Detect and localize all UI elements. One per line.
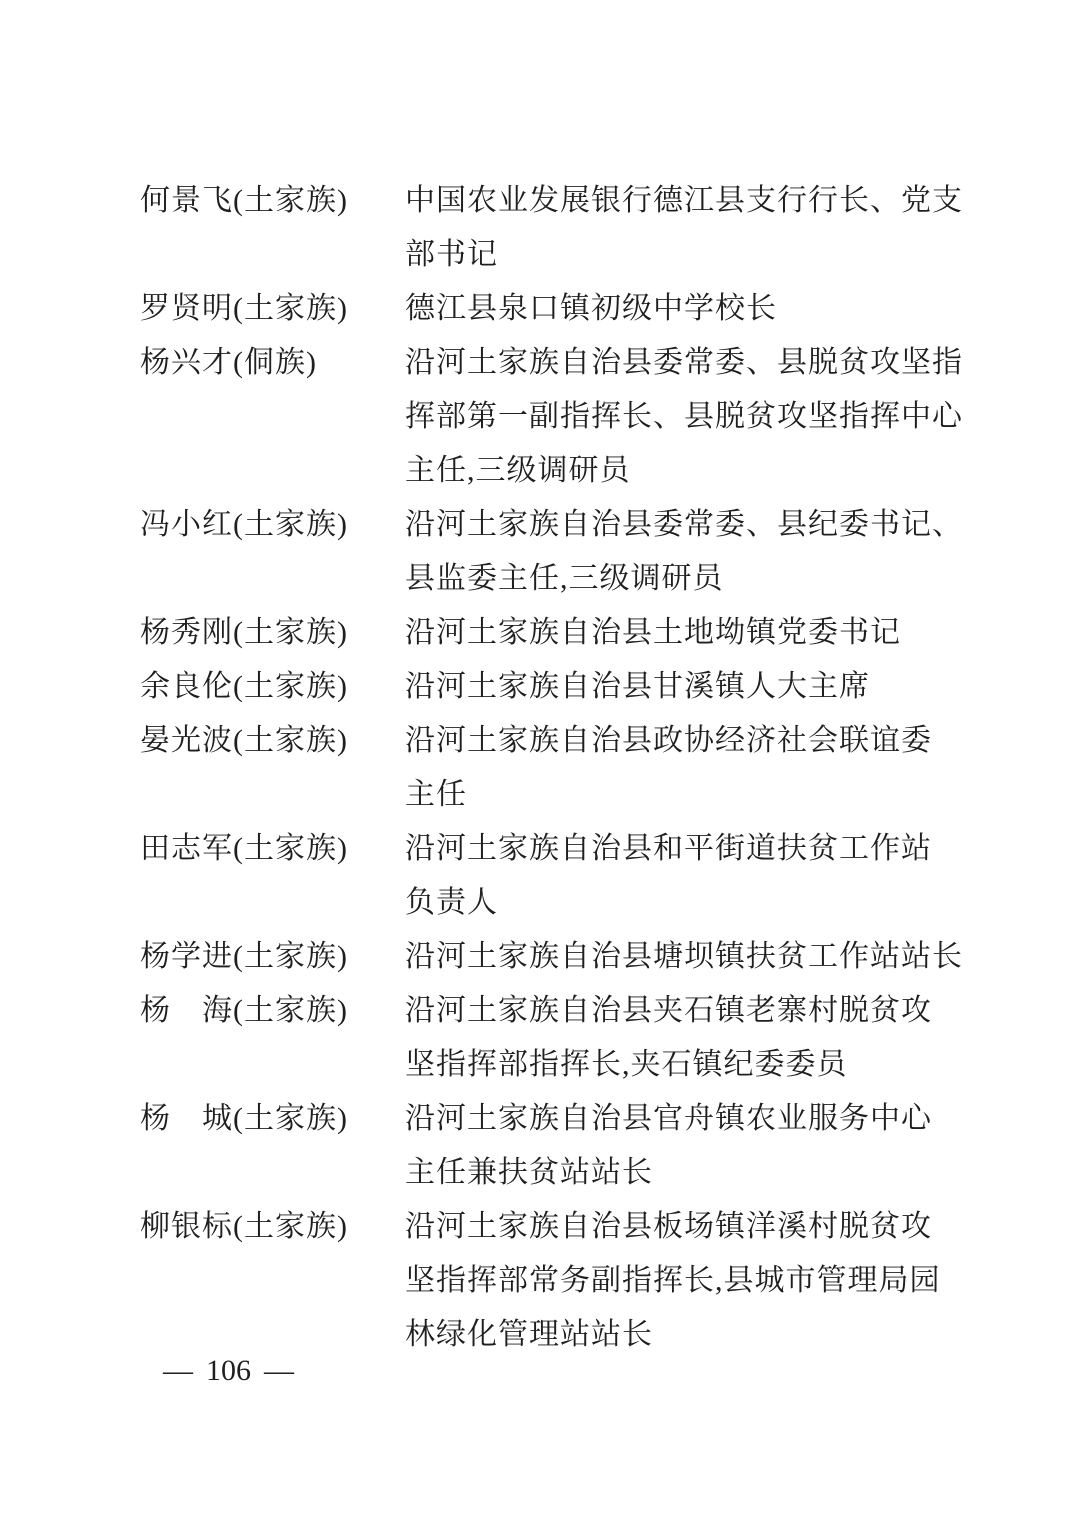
ethnicity-label: (土家族): [233, 616, 348, 649]
position-title-line: 沿河土家族自治县土地坳镇党委书记: [405, 606, 970, 660]
person-name-cell: 冯小红(土家族): [140, 498, 405, 552]
position-title-cell: 中国农业发展银行德江县支行行长、党支部书记: [405, 174, 970, 282]
position-title-cell: 沿河土家族自治县和平街道扶贫工作站负责人: [405, 822, 970, 930]
position-title-cell: 沿河土家族自治县委常委、县纪委书记、县监委主任,三级调研员: [405, 498, 970, 606]
position-title-cell: 沿河土家族自治县甘溪镇人大主席: [405, 660, 970, 714]
roster-entry: 杨秀刚(土家族)沿河土家族自治县土地坳镇党委书记: [140, 606, 970, 660]
position-title-line: 挥部第一副指挥长、县脱贫攻坚指挥中心: [405, 390, 970, 444]
roster-entry: 杨 海(土家族)沿河土家族自治县夹石镇老寨村脱贫攻坚指挥部指挥长,夹石镇纪委委员: [140, 984, 970, 1092]
position-title-line: 沿河土家族自治县政协经济社会联谊委: [405, 714, 970, 768]
person-name-cell: 何景飞(土家族): [140, 174, 405, 228]
ethnicity-label: (土家族): [233, 940, 348, 973]
ethnicity-label: (土家族): [233, 1102, 348, 1135]
person-name-cell: 杨 城(土家族): [140, 1092, 405, 1146]
position-title-line: 中国农业发展银行德江县支行行长、党支: [405, 174, 970, 228]
ethnicity-label: (土家族): [233, 508, 348, 541]
position-title-line: 沿河土家族自治县委常委、县纪委书记、: [405, 498, 970, 552]
roster-entry: 杨兴才(侗族)沿河土家族自治县委常委、县脱贫攻坚指挥部第一副指挥长、县脱贫攻坚指…: [140, 336, 970, 498]
position-title-line: 部书记: [405, 228, 970, 282]
position-title-line: 沿河土家族自治县甘溪镇人大主席: [405, 660, 970, 714]
roster-entry: 杨 城(土家族)沿河土家族自治县官舟镇农业服务中心主任兼扶贫站站长: [140, 1092, 970, 1200]
person-name: 罗贤明: [140, 292, 233, 325]
position-title-cell: 沿河土家族自治县板场镇洋溪村脱贫攻坚指挥部常务副指挥长,县城市管理局园林绿化管理…: [405, 1200, 970, 1362]
position-title-cell: 沿河土家族自治县官舟镇农业服务中心主任兼扶贫站站长: [405, 1092, 970, 1200]
roster-entry: 杨学进(土家族)沿河土家族自治县塘坝镇扶贫工作站站长: [140, 930, 970, 984]
page-footer: — 106 —: [163, 1349, 294, 1393]
ethnicity-label: (土家族): [233, 670, 348, 703]
position-title-line: 沿河土家族自治县官舟镇农业服务中心: [405, 1092, 970, 1146]
person-name-cell: 柳银标(土家族): [140, 1200, 405, 1254]
position-title-line: 负责人: [405, 876, 970, 930]
position-title-line: 林绿化管理站站长: [405, 1308, 970, 1362]
person-name-cell: 晏光波(土家族): [140, 714, 405, 768]
person-name-cell: 罗贤明(土家族): [140, 282, 405, 336]
position-title-line: 县监委主任,三级调研员: [405, 552, 970, 606]
person-name-cell: 田志军(土家族): [140, 822, 405, 876]
roster-entry: 晏光波(土家族)沿河土家族自治县政协经济社会联谊委主任: [140, 714, 970, 822]
person-name: 余良伦: [140, 670, 233, 703]
person-name: 晏光波: [140, 724, 233, 757]
ethnicity-label: (土家族): [233, 184, 348, 217]
person-name: 杨学进: [140, 940, 233, 973]
roster-entry: 罗贤明(土家族)德江县泉口镇初级中学校长: [140, 282, 970, 336]
person-name-cell: 杨学进(土家族): [140, 930, 405, 984]
roster-entry: 田志军(土家族)沿河土家族自治县和平街道扶贫工作站负责人: [140, 822, 970, 930]
person-name-cell: 余良伦(土家族): [140, 660, 405, 714]
position-title-cell: 德江县泉口镇初级中学校长: [405, 282, 970, 336]
person-name: 冯小红: [140, 508, 233, 541]
person-name: 何景飞: [140, 184, 233, 217]
page-number: 106: [206, 1349, 251, 1393]
person-name: 杨 城: [140, 1102, 233, 1135]
position-title-cell: 沿河土家族自治县土地坳镇党委书记: [405, 606, 970, 660]
ethnicity-label: (侗族): [233, 346, 317, 379]
position-title-cell: 沿河土家族自治县夹石镇老寨村脱贫攻坚指挥部指挥长,夹石镇纪委委员: [405, 984, 970, 1092]
person-name-cell: 杨兴才(侗族): [140, 336, 405, 390]
person-name: 杨兴才: [140, 346, 233, 379]
person-name: 田志军: [140, 832, 233, 865]
footer-dash-right: —: [264, 1349, 294, 1393]
ethnicity-label: (土家族): [233, 994, 348, 1027]
position-title-line: 沿河土家族自治县和平街道扶贫工作站: [405, 822, 970, 876]
position-title-line: 德江县泉口镇初级中学校长: [405, 282, 970, 336]
roster-entry: 柳银标(土家族)沿河土家族自治县板场镇洋溪村脱贫攻坚指挥部常务副指挥长,县城市管…: [140, 1200, 970, 1362]
person-name: 杨 海: [140, 994, 233, 1027]
position-title-line: 沿河土家族自治县委常委、县脱贫攻坚指: [405, 336, 970, 390]
ethnicity-label: (土家族): [233, 724, 348, 757]
roster-entry: 何景飞(土家族)中国农业发展银行德江县支行行长、党支部书记: [140, 174, 970, 282]
position-title-line: 坚指挥部常务副指挥长,县城市管理局园: [405, 1254, 970, 1308]
position-title-line: 主任: [405, 768, 970, 822]
person-name-cell: 杨秀刚(土家族): [140, 606, 405, 660]
person-name: 柳银标: [140, 1210, 233, 1243]
position-title-cell: 沿河土家族自治县委常委、县脱贫攻坚指挥部第一副指挥长、县脱贫攻坚指挥中心主任,三…: [405, 336, 970, 498]
person-name: 杨秀刚: [140, 616, 233, 649]
footer-dash-left: —: [163, 1349, 193, 1393]
roster-entry: 冯小红(土家族)沿河土家族自治县委常委、县纪委书记、县监委主任,三级调研员: [140, 498, 970, 606]
position-title-line: 沿河土家族自治县板场镇洋溪村脱贫攻: [405, 1200, 970, 1254]
ethnicity-label: (土家族): [233, 292, 348, 325]
award-roster-list: 何景飞(土家族)中国农业发展银行德江县支行行长、党支部书记罗贤明(土家族)德江县…: [140, 174, 970, 1362]
document-page: 何景飞(土家族)中国农业发展银行德江县支行行长、党支部书记罗贤明(土家族)德江县…: [0, 0, 1080, 1527]
person-name-cell: 杨 海(土家族): [140, 984, 405, 1038]
position-title-cell: 沿河土家族自治县塘坝镇扶贫工作站站长: [405, 930, 970, 984]
ethnicity-label: (土家族): [233, 832, 348, 865]
position-title-line: 坚指挥部指挥长,夹石镇纪委委员: [405, 1038, 970, 1092]
position-title-line: 主任兼扶贫站站长: [405, 1146, 970, 1200]
position-title-line: 沿河土家族自治县塘坝镇扶贫工作站站长: [405, 930, 970, 984]
position-title-line: 沿河土家族自治县夹石镇老寨村脱贫攻: [405, 984, 970, 1038]
ethnicity-label: (土家族): [233, 1210, 348, 1243]
roster-entry: 余良伦(土家族)沿河土家族自治县甘溪镇人大主席: [140, 660, 970, 714]
position-title-line: 主任,三级调研员: [405, 444, 970, 498]
position-title-cell: 沿河土家族自治县政协经济社会联谊委主任: [405, 714, 970, 822]
